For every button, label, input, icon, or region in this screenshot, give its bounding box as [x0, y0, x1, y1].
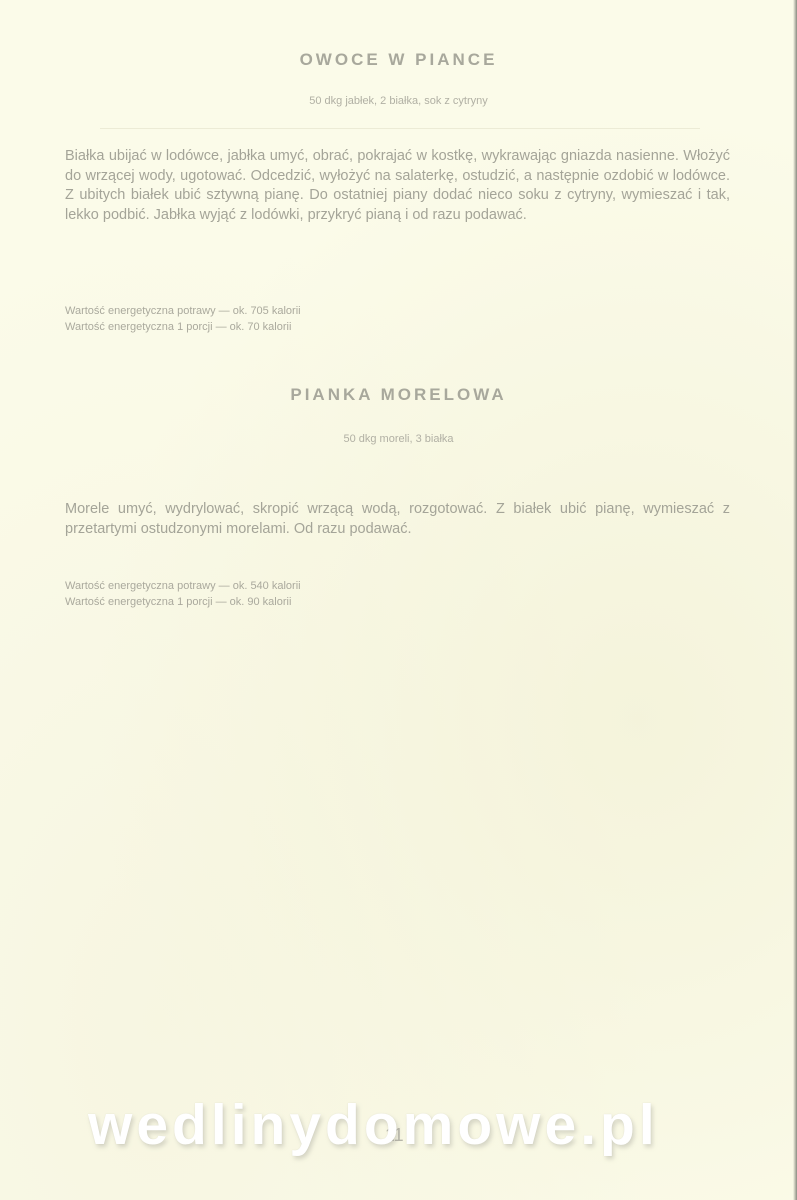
recipe-serving-1: 50 dkg jabłek, 2 białka, sok z cytryny	[0, 95, 797, 107]
recipe-serving-2: 50 dkg moreli, 3 białka	[0, 433, 797, 445]
book-page: OWOCE W PIANCE 50 dkg jabłek, 2 białka, …	[0, 0, 797, 1200]
nutrition-portion-2: Wartość energetyczna 1 porcji — ok. 90 k…	[65, 594, 301, 610]
divider	[100, 128, 700, 129]
recipe-title-owoce-w-piance: OWOCE W PIANCE	[0, 50, 797, 70]
nutrition-total-1: Wartość energetyczna potrawy — ok. 705 k…	[65, 303, 301, 319]
watermark: wedlinydomowe.pl	[88, 1092, 659, 1158]
recipe-nutrition-1: Wartość energetyczna potrawy — ok. 705 k…	[65, 303, 301, 335]
recipe-title-pianka-morelowa: PIANKA MORELOWA	[0, 385, 797, 405]
recipe-body-2: Morele umyć, wydrylować, skropić wrzącą …	[65, 500, 730, 539]
nutrition-total-2: Wartość energetyczna potrawy — ok. 540 k…	[65, 578, 301, 594]
recipe-nutrition-2: Wartość energetyczna potrawy — ok. 540 k…	[65, 578, 301, 610]
recipe-body-1: Białka ubijać w lodówce, jabłka umyć, ob…	[65, 147, 730, 225]
nutrition-portion-1: Wartość energetyczna 1 porcji — ok. 70 k…	[65, 319, 301, 335]
page-edge-shadow	[793, 0, 797, 1200]
